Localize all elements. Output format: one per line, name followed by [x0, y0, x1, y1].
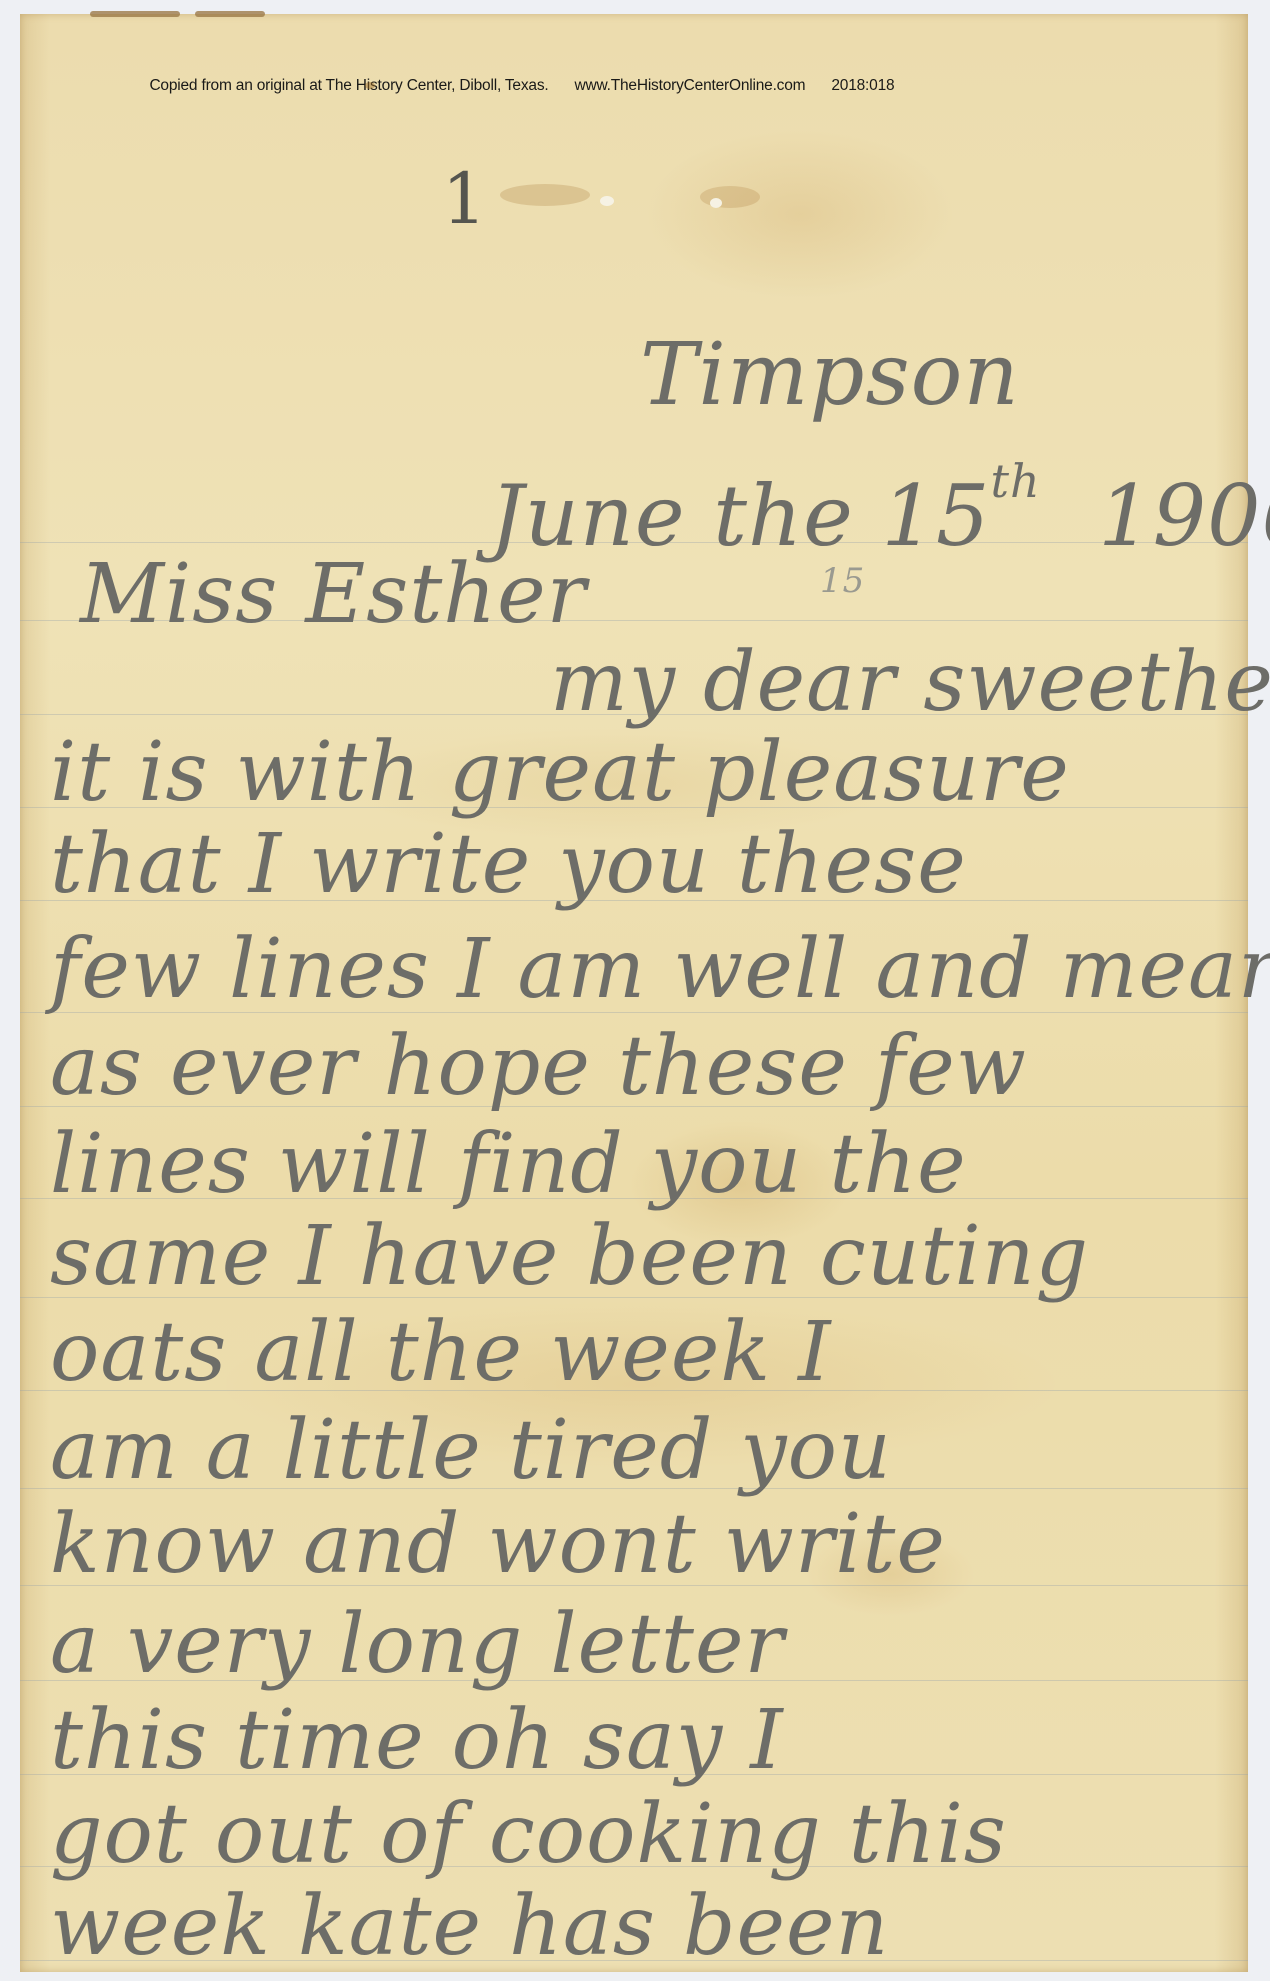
letter-page: Copied from an original at The History C… [20, 14, 1248, 1972]
body-line: a very long letter [50, 1604, 785, 1686]
greeting: my dear sweethe [550, 642, 1270, 724]
ghost-date-mark: 15 [820, 564, 865, 598]
credit-text: Copied from an original at The History C… [149, 77, 548, 95]
accession-number: 2018:018 [831, 77, 894, 95]
salutation: Miss Esther [80, 554, 587, 636]
body-line: that I write you these [50, 824, 967, 906]
stain-mark [700, 186, 760, 208]
body-line: it is with great pleasure [50, 732, 1070, 814]
torn-edge-mark [195, 11, 265, 17]
body-line: got out of cooking this [50, 1794, 1007, 1876]
stain-mark [365, 82, 375, 89]
date-superscript: th [990, 454, 1040, 508]
body-line: am a little tired you [50, 1410, 892, 1492]
body-line: know and wont write [50, 1504, 946, 1586]
body-line: as ever hope these few [50, 1026, 1027, 1108]
page-number: 1 [442, 164, 488, 234]
body-line: same I have been cuting [50, 1216, 1089, 1298]
stain-mark [500, 184, 590, 206]
body-line: week kate has been [50, 1886, 889, 1968]
body-line: lines will find you the [50, 1124, 967, 1206]
stain-mark [710, 198, 722, 208]
stain-mark [600, 196, 614, 206]
body-line: oats all the week I [50, 1312, 832, 1394]
website-text: www.TheHistoryCenterOnline.com [574, 77, 805, 95]
torn-edge-mark [90, 11, 180, 17]
body-line: few lines I am well and mean [50, 929, 1270, 1011]
date-year: 1906 [1098, 467, 1270, 565]
body-line: this time oh say I [50, 1700, 784, 1782]
letter-date: June the 15th 1906 [490, 474, 1270, 558]
letter-place: Timpson [640, 332, 1020, 418]
archival-credit-line: Copied from an original at The History C… [133, 59, 894, 113]
